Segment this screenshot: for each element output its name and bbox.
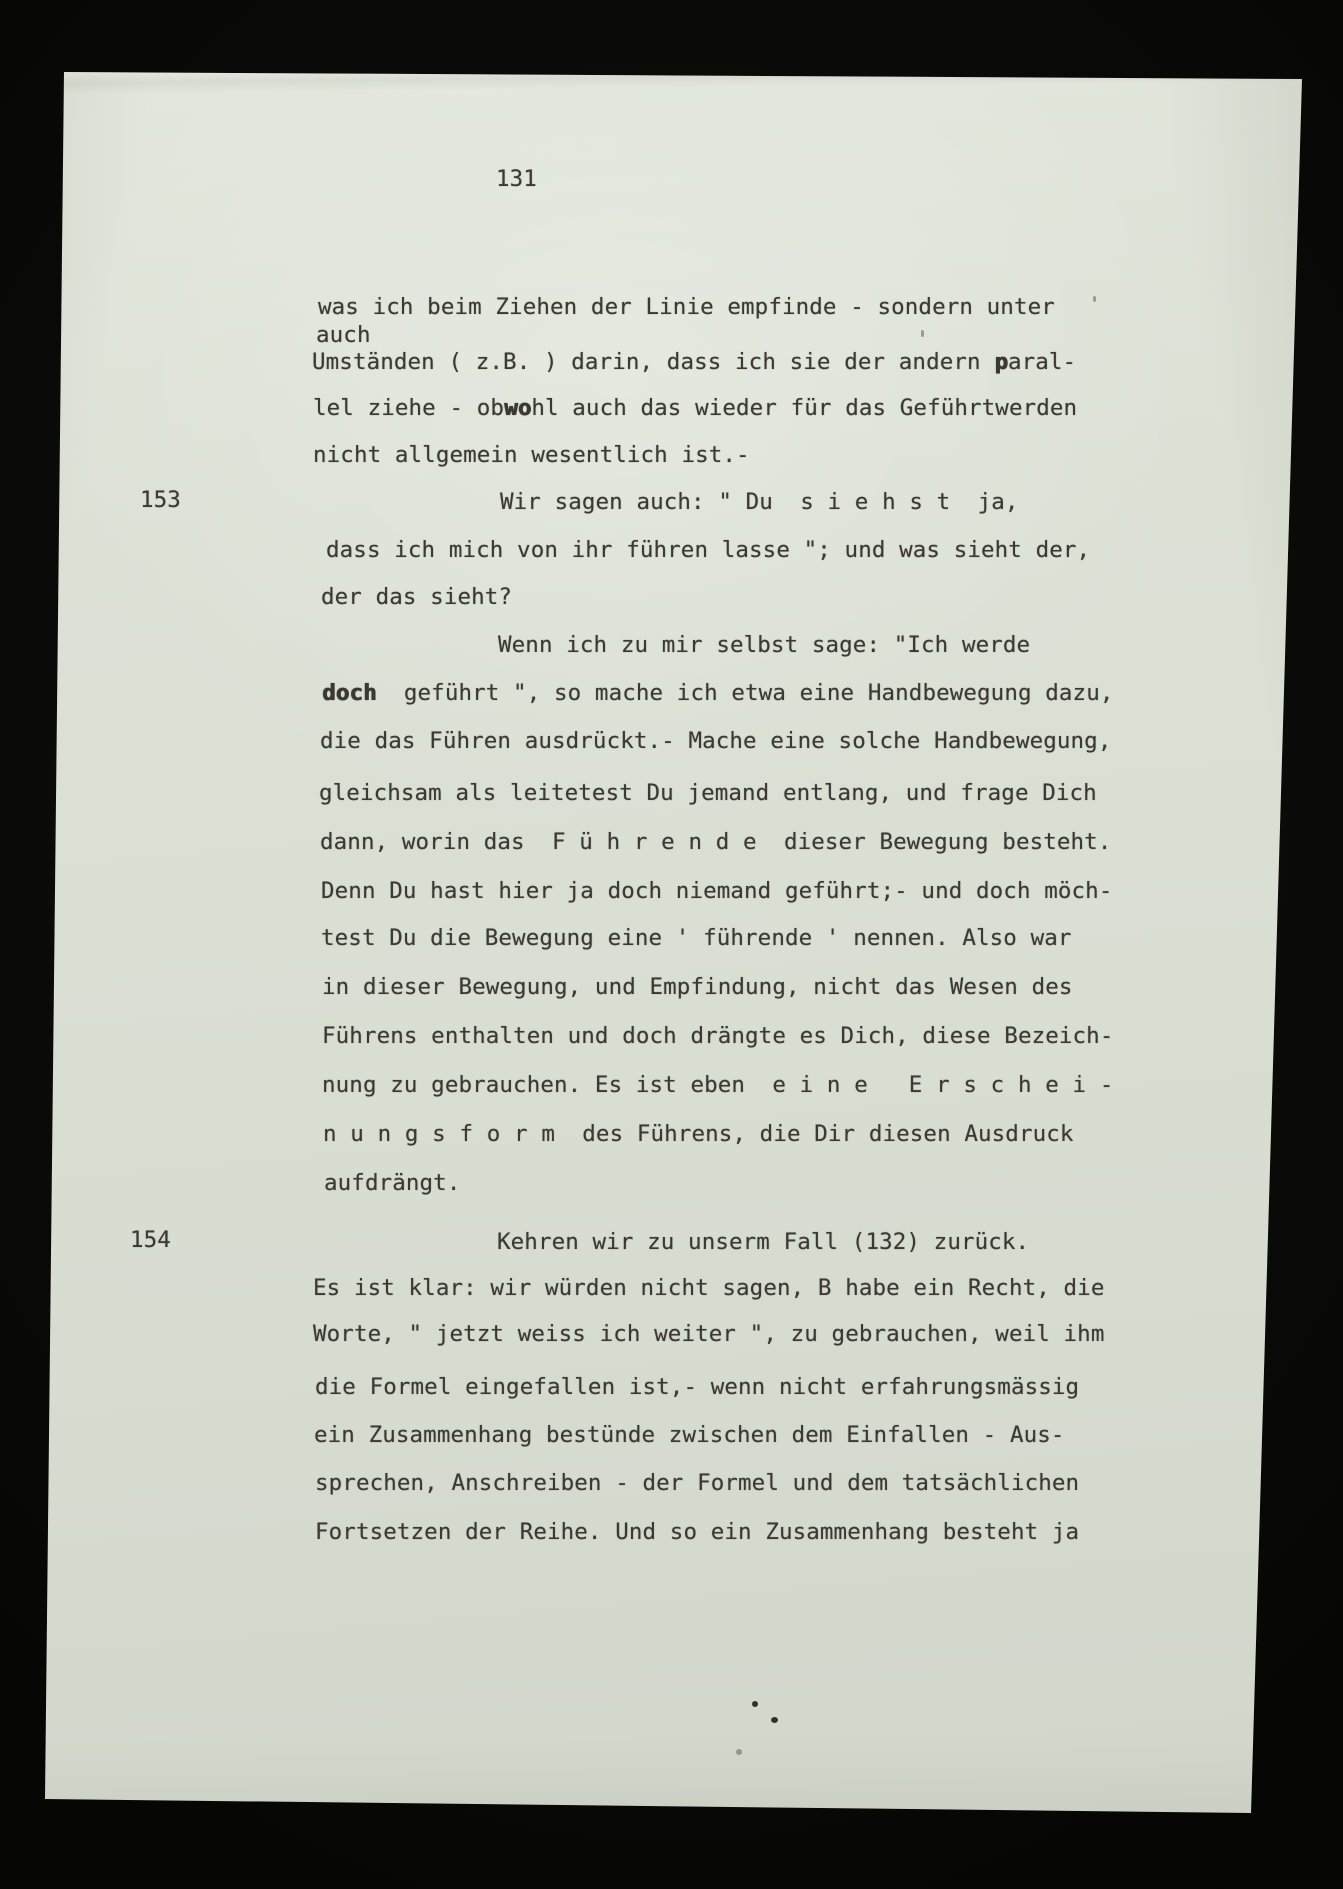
typescript-page: 131 153 154 was ich beim Ziehen der Lini…	[0, 0, 1343, 1889]
text-segment: hl auch das wieder für das Geführtwerden	[531, 395, 1077, 421]
text-line: Fortsetzen der Reihe. Und so ein Zusamme…	[315, 1519, 1079, 1545]
text-line: Kehren wir zu unserm Fall (132) zurück.	[497, 1229, 1029, 1255]
text-segment: geführt ", so mache ich etwa eine Handbe…	[377, 680, 1114, 706]
text-line: der das sieht?	[321, 584, 512, 610]
text-line: Wir sagen auch: " Du s i e h s t ja,	[500, 489, 1019, 515]
text-line: test Du die Bewegung eine ' führende ' n…	[321, 925, 1072, 951]
margin-number-153: 153	[140, 487, 181, 513]
text-line: nicht allgemein wesentlich ist.-	[313, 442, 750, 468]
text-line: Wenn ich zu mir selbst sage: "Ich werde	[498, 632, 1030, 658]
text-line: die Formel eingefallen ist,- wenn nicht …	[315, 1374, 1079, 1400]
text-segment: lel ziehe - ob	[313, 395, 504, 421]
text-line: ein Zusammenhang bestünde zwischen dem E…	[314, 1422, 1065, 1448]
ink-speck	[736, 1749, 742, 1755]
margin-number-154: 154	[130, 1227, 171, 1253]
text-line: aufdrängt.	[324, 1170, 460, 1196]
overtyped-word: wo	[504, 395, 531, 421]
text-line: lel ziehe - obwohl auch das wieder für d…	[313, 395, 1077, 421]
overtyped-word: doch	[322, 680, 377, 706]
text-line: die das Führen ausdrückt.- Mache eine so…	[320, 728, 1111, 754]
ink-speck	[771, 1717, 778, 1723]
text-line: Worte, " jetzt weiss ich weiter ", zu ge…	[313, 1321, 1104, 1347]
overtyped-word: p	[994, 349, 1008, 375]
text-line: gleichsam als leitetest Du jemand entlan…	[319, 780, 1097, 806]
text-line: dass ich mich von ihr führen lasse "; un…	[326, 537, 1090, 563]
text-line: nung zu gebrauchen. Es ist eben e i n e …	[322, 1072, 1113, 1098]
text-line: Umständen ( z.B. ) darin, dass ich sie d…	[312, 349, 1076, 375]
text-line: Denn Du hast hier ja doch niemand geführ…	[321, 878, 1112, 904]
text-line: Es ist klar: wir würden nicht sagen, B h…	[313, 1275, 1104, 1301]
text-line: sprechen, Anschreiben - der Formel und d…	[315, 1470, 1079, 1496]
text-line: n u n g s f o r m des Führens, die Dir d…	[323, 1121, 1074, 1147]
text-line: was ich beim Ziehen der Linie empfinde -…	[318, 294, 1055, 320]
page-number: 131	[496, 166, 537, 192]
ink-speck	[752, 1701, 758, 1707]
paper-crease	[58, 58, 1304, 94]
text-line: auch	[316, 322, 371, 348]
photo-background: 131 153 154 was ich beim Ziehen der Lini…	[0, 0, 1343, 1889]
ink-speck	[1093, 296, 1096, 302]
text-line: Führens enthalten und doch drängte es Di…	[322, 1023, 1113, 1049]
text-segment: Umständen ( z.B. ) darin, dass ich sie d…	[312, 349, 994, 375]
ink-speck	[921, 330, 924, 337]
text-line: dann, worin das F ü h r e n d e dieser B…	[320, 829, 1111, 855]
text-line: doch geführt ", so mache ich etwa eine H…	[322, 680, 1114, 706]
text-segment: aral-	[1008, 349, 1076, 375]
text-line: in dieser Bewegung, und Empfindung, nich…	[322, 974, 1073, 1000]
